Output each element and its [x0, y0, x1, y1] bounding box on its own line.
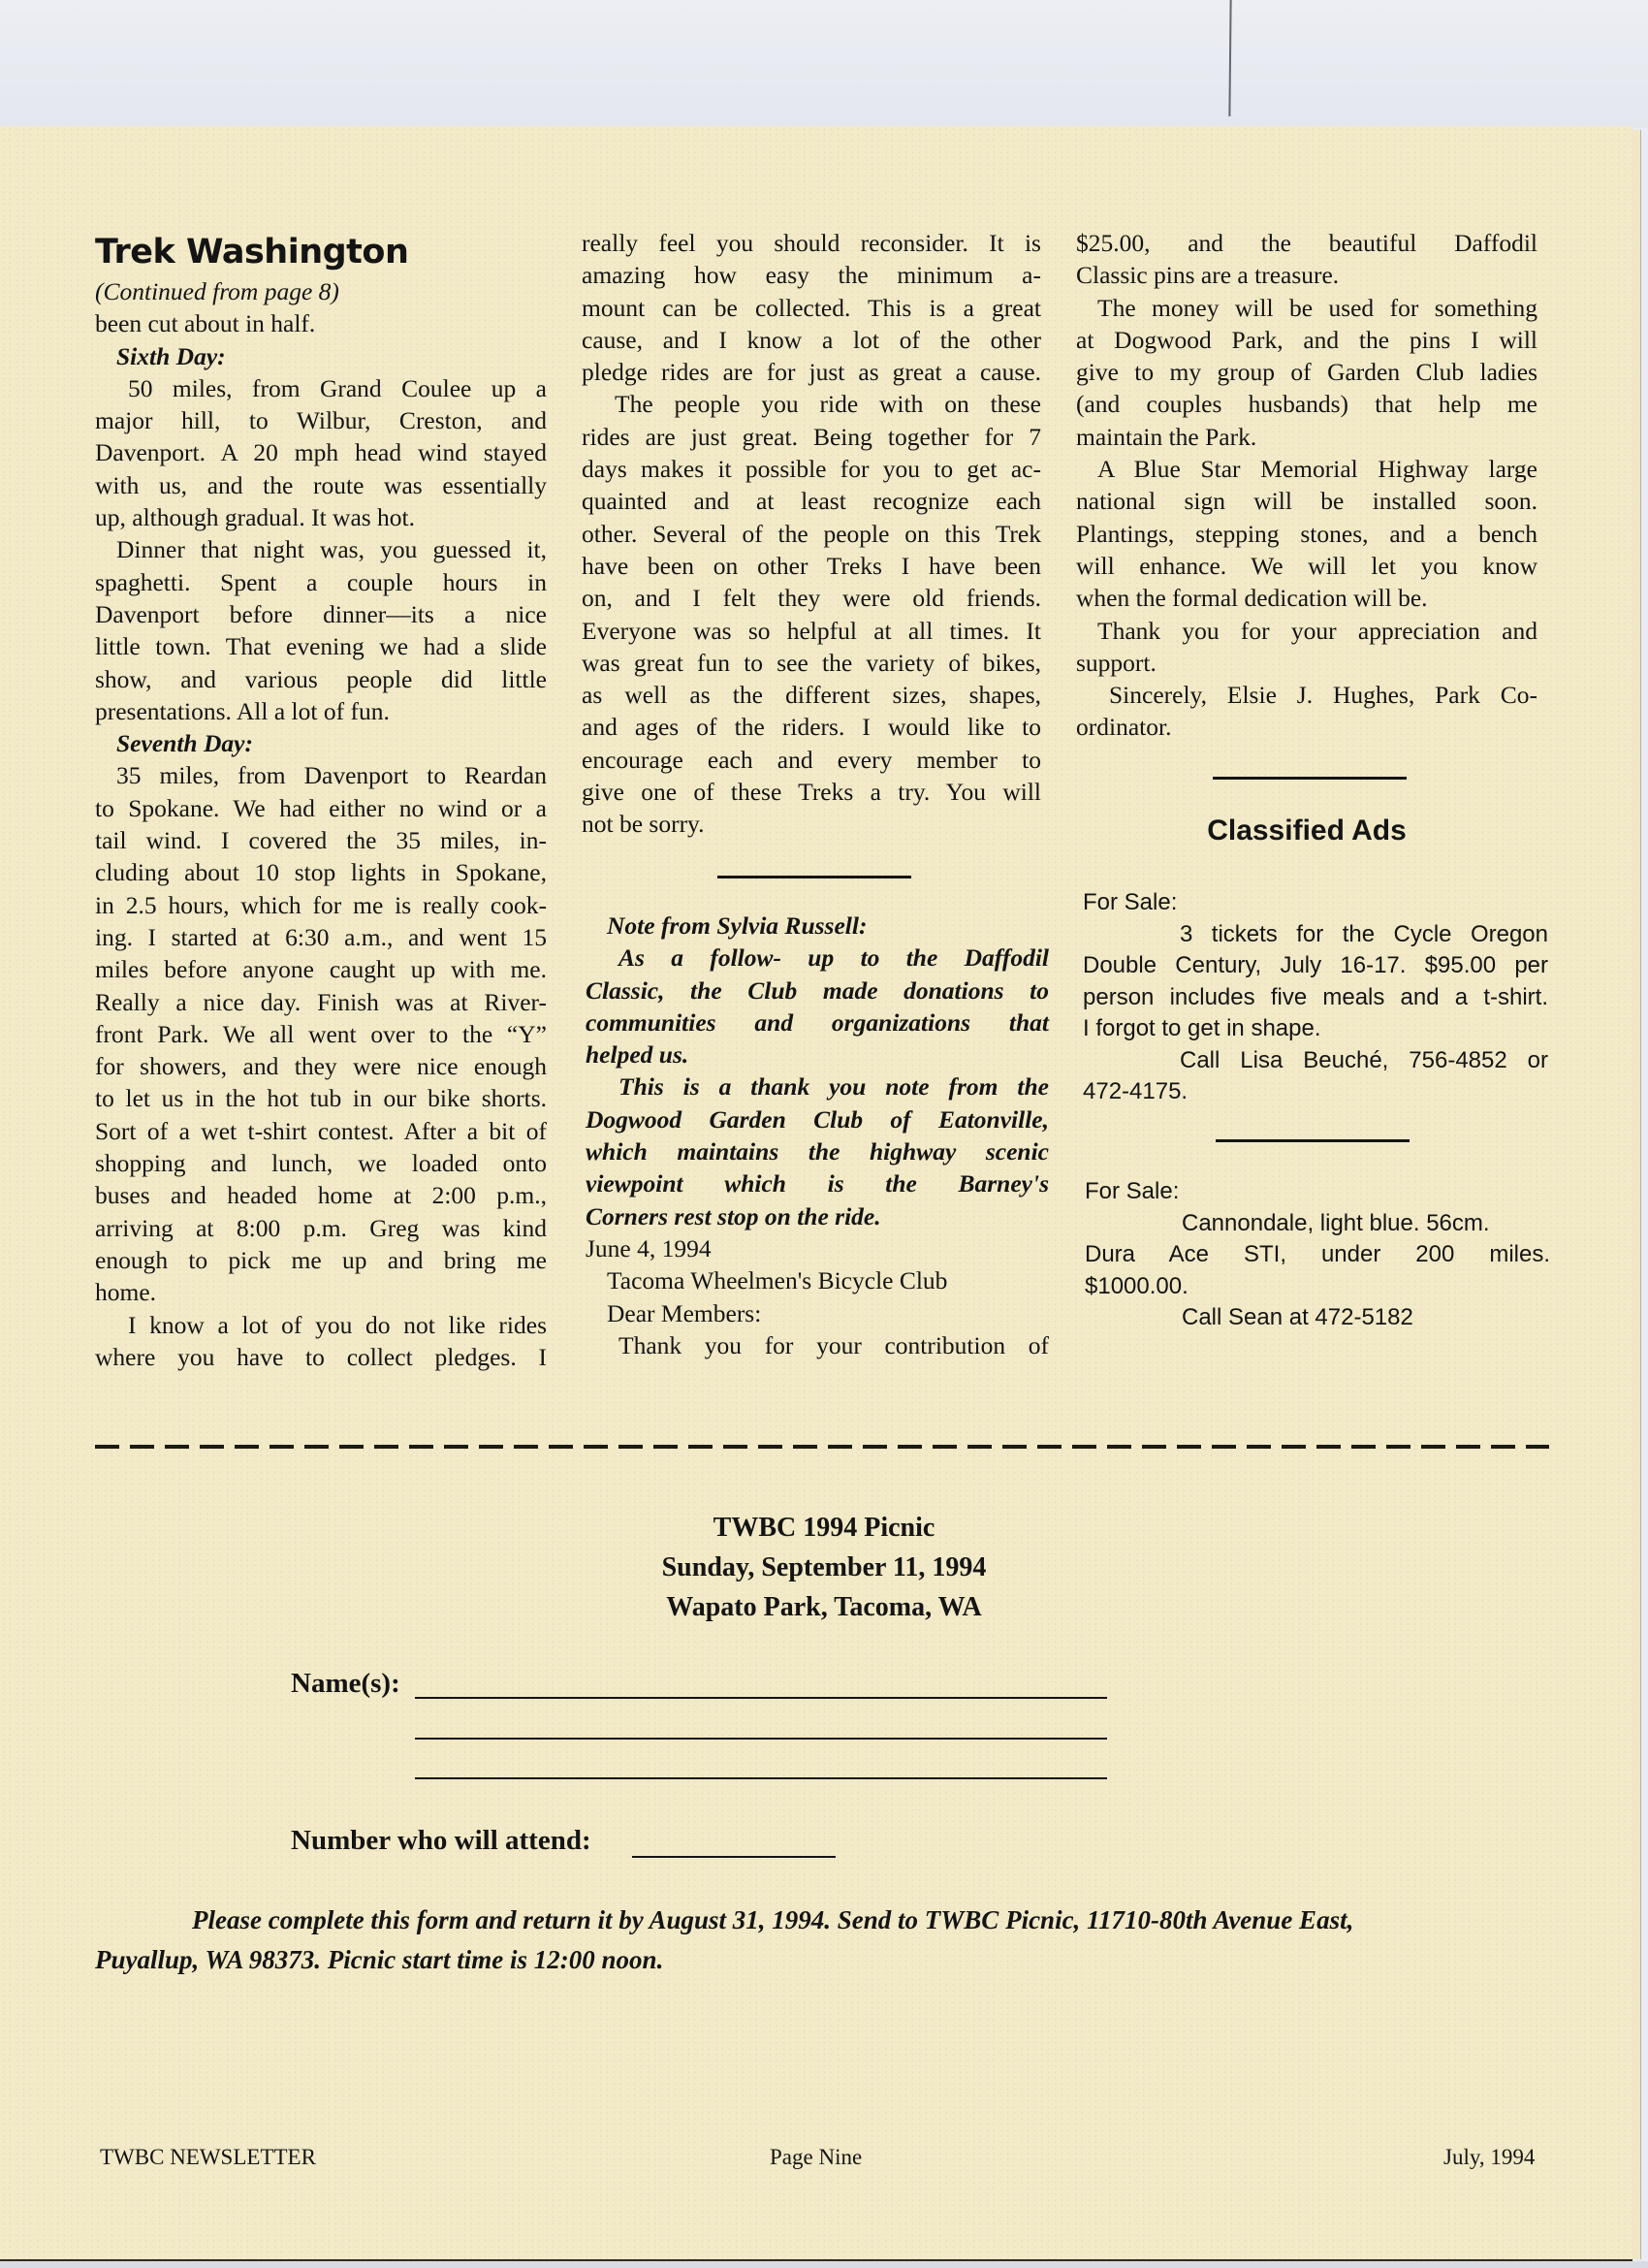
text-line: shopping and lunch, we loaded onto — [95, 1147, 547, 1179]
attend-label: Number who will attend: — [291, 1825, 591, 1857]
text-line: Dogwood Garden Club of Eatonville, — [586, 1103, 1049, 1135]
text-line: Note from Sylvia Russell: — [586, 910, 1049, 942]
classified-ad-text: For Sale:Cannondale, light blue. 56cm.Du… — [1085, 1176, 1550, 1334]
letter-body: $25.00, and the beautiful DaffodilClassi… — [1076, 227, 1537, 744]
section-divider-rule — [717, 876, 911, 878]
text-line: show, and various people did little — [95, 663, 547, 695]
classified-ads-heading: Classified Ads — [1076, 815, 1537, 847]
text-line: Dear Members: — [586, 1297, 1049, 1329]
text-line: at Dogwood Park, and the pins I will — [1076, 324, 1537, 356]
text-line: Dura Ace STI, under 200 miles. — [1085, 1239, 1550, 1271]
footer-page-number: Page Nine — [770, 2145, 862, 2170]
text-line: (and couples husbands) that help me — [1076, 388, 1537, 420]
scanner-background-bottom — [0, 2261, 1648, 2268]
text-line: mount can be collected. This is a great — [582, 292, 1041, 324]
text-line: for showers, and they were nice enough — [95, 1050, 547, 1082]
text-line: The money will be used for something — [1076, 292, 1537, 324]
footer-newsletter-name: TWBC NEWSLETTER — [100, 2145, 316, 2170]
text-line: Double Century, July 16-17. $95.00 per — [1083, 950, 1548, 982]
instructions-line-1: Please complete this form and return it … — [192, 1901, 1559, 1940]
text-line: A Blue Star Memorial Highway large — [1076, 453, 1537, 485]
text-line: days makes it possible for you to get ac… — [582, 453, 1041, 485]
text-line: Thank you for your contribution of — [586, 1329, 1049, 1361]
scanner-background — [0, 0, 1648, 128]
text-line: Classic pins are a treasure. — [1076, 259, 1537, 291]
text-line: will enhance. We will let you know — [1076, 550, 1537, 582]
picnic-location: Wapato Park, Tacoma, WA — [0, 1587, 1648, 1627]
attend-count-field-line[interactable] — [632, 1856, 836, 1858]
text-line: Seventh Day: — [95, 727, 547, 759]
text-line: was great fun to see the variety of bike… — [582, 647, 1041, 679]
text-line: Sort of a wet t-shirt contest. After a b… — [95, 1115, 547, 1147]
text-line: Thank you for your appreciation and — [1076, 615, 1537, 647]
text-line: Davenport. A 20 mph head wind stayed — [95, 436, 547, 468]
text-line: front Park. We all went over to the “Y” — [95, 1018, 547, 1050]
text-line: Corners rest stop on the ride. — [586, 1200, 1049, 1232]
text-line: Classic, the Club made donations to — [586, 974, 1049, 1006]
picnic-header: TWBC 1994 Picnic Sunday, September 11, 1… — [0, 1508, 1648, 1627]
text-line: up, although gradual. It was hot. — [95, 501, 547, 533]
text-line: maintain the Park. — [1076, 421, 1537, 453]
text-line: 35 miles, from Davenport to Reardan — [95, 759, 547, 791]
article-title: Trek Washington — [95, 233, 547, 272]
picnic-date: Sunday, September 11, 1994 — [0, 1548, 1648, 1587]
text-line: where you have to collect pledges. I — [95, 1341, 547, 1373]
text-line: spaghetti. Spent a couple hours in — [95, 566, 547, 598]
instructions-line-2: Puyallup, WA 98373. Picnic start time is… — [95, 1940, 1559, 1980]
cut-here-dashed-line — [95, 1445, 1549, 1449]
picnic-instructions: Please complete this form and return it … — [192, 1901, 1559, 1980]
text-line: as well as the different sizes, shapes, — [582, 679, 1041, 711]
text-line: Call Lisa Beuché, 756-4852 or — [1083, 1045, 1548, 1077]
text-line: $1000.00. — [1085, 1271, 1550, 1303]
text-line: Tacoma Wheelmen's Bicycle Club — [586, 1264, 1049, 1296]
text-line: when the formal dedication will be. — [1076, 582, 1537, 614]
text-line: The people you ride with on these — [582, 388, 1041, 420]
text-line: communities and organizations that — [586, 1006, 1049, 1038]
classified-ad-1: For Sale:3 tickets for the Cycle OregonD… — [1083, 887, 1548, 1108]
text-line: arriving at 8:00 p.m. Greg was kind — [95, 1212, 547, 1244]
text-line: national sign will be installed soon. — [1076, 485, 1537, 517]
text-line: 50 miles, from Grand Coulee up a — [95, 372, 547, 404]
classified-ad-text: For Sale:3 tickets for the Cycle OregonD… — [1083, 887, 1548, 1108]
text-line: Cannondale, light blue. 56cm. — [1085, 1208, 1550, 1240]
text-line: in 2.5 hours, which for me is really coo… — [95, 889, 547, 921]
text-line: 472-4175. — [1083, 1076, 1548, 1108]
text-line: buses and headed home at 2:00 p.m., — [95, 1179, 547, 1211]
text-line: not be sorry. — [582, 808, 1041, 840]
text-line: viewpoint which is the Barney's — [586, 1167, 1049, 1199]
text-line: I forgot to get in shape. — [1083, 1013, 1548, 1045]
text-line: other. Several of the people on this Tre… — [582, 518, 1041, 550]
text-line: with us, and the route was essentially — [95, 469, 547, 501]
text-line: support. — [1076, 647, 1537, 679]
classified-ad-2: For Sale:Cannondale, light blue. 56cm.Du… — [1085, 1176, 1550, 1334]
text-line: give to my group of Garden Club ladies — [1076, 356, 1537, 388]
text-line: Sixth Day: — [95, 340, 547, 372]
section-divider-rule — [1213, 777, 1407, 780]
text-line: encourage each and every member to — [582, 744, 1041, 776]
text-line: I know a lot of you do not like rides — [95, 1309, 547, 1341]
text-line: For Sale: — [1083, 887, 1548, 919]
text-line: ordinator. — [1076, 711, 1537, 743]
text-line: Really a nice day. Finish was at River- — [95, 986, 547, 1018]
text-line: miles before anyone caught up with me. — [95, 953, 547, 985]
text-line: enough to pick me up and bring me — [95, 1244, 547, 1276]
text-line: little town. That evening we had a slide — [95, 630, 547, 662]
continued-note: (Continued from page 8) — [95, 275, 547, 307]
footer-issue-date: July, 1994 — [1443, 2145, 1535, 2170]
text-line: amazing how easy the minimum a- — [582, 259, 1041, 291]
text-line: really feel you should reconsider. It is — [582, 227, 1041, 259]
text-line: helped us. — [586, 1038, 1049, 1070]
article-column-2: really feel you should reconsider. It is… — [582, 227, 1041, 841]
text-line: major hill, to Wilbur, Creston, and — [95, 404, 547, 436]
text-line: As a follow- up to the Daffodil — [586, 942, 1049, 974]
text-line: quainted and at least recognize each — [582, 485, 1041, 517]
text-line: Plantings, stepping stones, and a bench — [1076, 518, 1537, 550]
text-line: This is a thank you note from the — [586, 1070, 1049, 1102]
text-line: For Sale: — [1085, 1176, 1550, 1208]
text-line: have been on other Treks I have been — [582, 550, 1041, 582]
text-line: tail wind. I covered the 35 miles, in- — [95, 824, 547, 856]
article-body-col2: really feel you should reconsider. It is… — [582, 227, 1041, 841]
names-field-line-3[interactable] — [415, 1777, 1107, 1779]
letter-continuation: $25.00, and the beautiful DaffodilClassi… — [1076, 227, 1537, 744]
article-body-col1: been cut about in half.Sixth Day:50 mile… — [95, 307, 547, 1373]
text-line: $25.00, and the beautiful Daffodil — [1076, 227, 1537, 259]
names-field-line-2[interactable] — [415, 1738, 1107, 1740]
names-label: Name(s): — [291, 1668, 400, 1700]
note-from-sylvia: Note from Sylvia Russell:As a follow- up… — [586, 910, 1049, 1361]
text-line: presentations. All a lot of fun. — [95, 695, 547, 727]
text-line: to Spokane. We had either no wind or a — [95, 792, 547, 824]
picnic-title: TWBC 1994 Picnic — [0, 1508, 1648, 1548]
classified-divider-rule — [1216, 1139, 1410, 1142]
text-line: 3 tickets for the Cycle Oregon — [1083, 919, 1548, 951]
text-line: on, and I felt they were old friends. — [582, 582, 1041, 614]
text-line: person includes five meals and a t-shirt… — [1083, 982, 1548, 1014]
text-line: Dinner that night was, you guessed it, — [95, 533, 547, 565]
names-field-line-1[interactable] — [415, 1697, 1107, 1699]
text-line: home. — [95, 1276, 547, 1308]
text-line: which maintains the highway scenic — [586, 1135, 1049, 1167]
text-line: cause, and I know a lot of the other — [582, 324, 1041, 356]
article-column-1: Trek Washington (Continued from page 8) … — [95, 233, 547, 1373]
text-line: ing. I started at 6:30 a.m., and went 15 — [95, 921, 547, 953]
text-line: and ages of the riders. I would like to — [582, 711, 1041, 743]
text-line: Call Sean at 472-5182 — [1085, 1302, 1550, 1334]
text-line: Everyone was so helpful at all times. It — [582, 615, 1041, 647]
text-line: Davenport before dinner—its a nice — [95, 598, 547, 630]
text-line: to let us in the hot tub in our bike sho… — [95, 1082, 547, 1114]
text-line: give one of these Treks a try. You will — [582, 776, 1041, 808]
text-line: June 4, 1994 — [586, 1232, 1049, 1264]
text-line: rides are just great. Being together for… — [582, 421, 1041, 453]
text-line: cluding about 10 stop lights in Spokane, — [95, 856, 547, 888]
text-line: been cut about in half. — [95, 307, 547, 339]
note-body: Note from Sylvia Russell:As a follow- up… — [586, 910, 1049, 1361]
text-line: pledge rides are for just as great a cau… — [582, 356, 1041, 388]
text-line: Sincerely, Elsie J. Hughes, Park Co- — [1076, 679, 1537, 711]
